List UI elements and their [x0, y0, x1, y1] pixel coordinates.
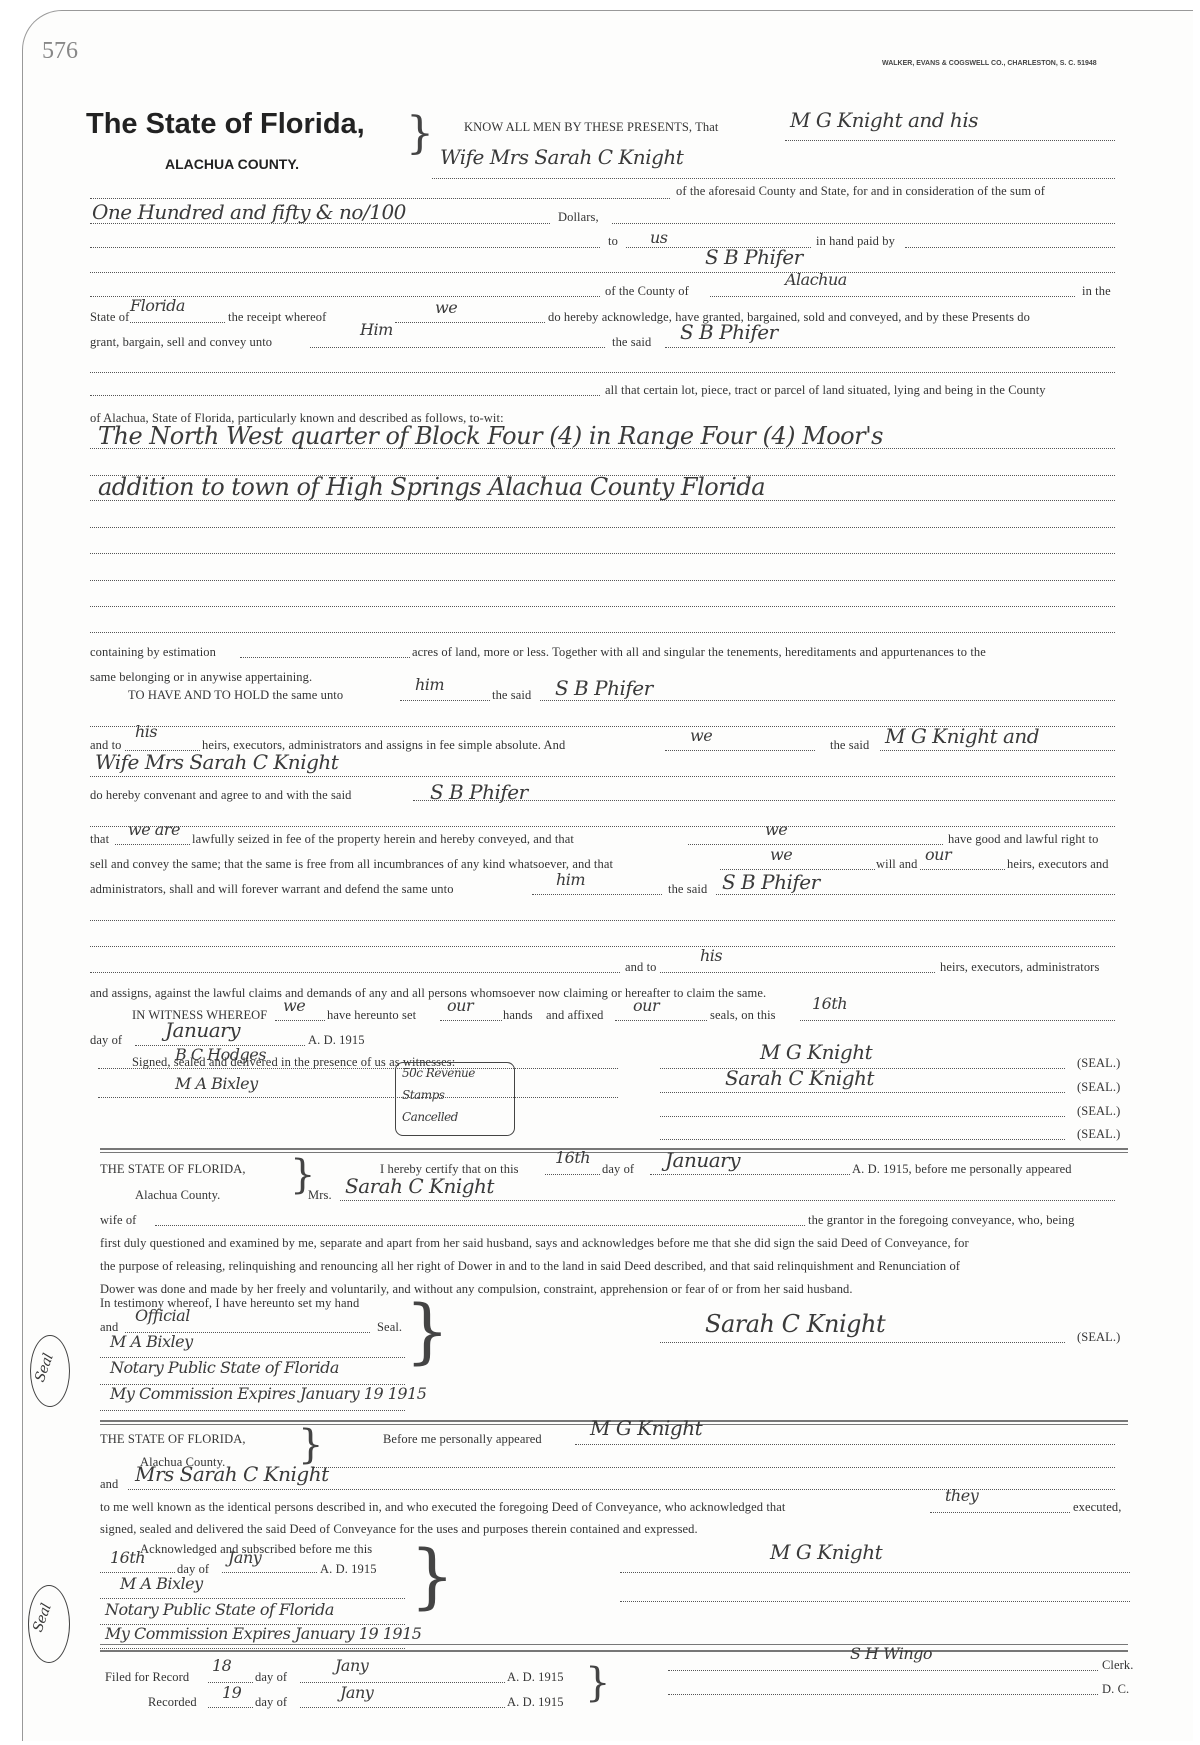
day-of-label: day of	[90, 1033, 122, 1048]
administrators-text: administrators, shall and will forever w…	[90, 882, 454, 897]
know-all-text: KNOW ALL MEN BY THESE PRESENTS, That	[464, 120, 718, 135]
filed-label: Filed for Record	[105, 1670, 189, 1685]
brace-icon: }	[406, 108, 434, 159]
covenant-value: S B Phifer	[430, 780, 528, 804]
ack1-day-of: day of	[602, 1162, 634, 1177]
clerk-signature: S H Wingo	[850, 1644, 932, 1663]
to-have-text: TO HAVE AND TO HOLD the same unto	[128, 688, 343, 703]
heirs-admin-text: heirs, executors, administrators	[940, 960, 1099, 975]
brace-icon: }	[410, 1535, 455, 1617]
ack2-well-known: to me well known as the identical person…	[100, 1500, 786, 1515]
stamp-line-3: Cancelled	[402, 1110, 458, 1124]
ack1-commission: My Commission Expires January 19 1915	[110, 1384, 426, 1403]
in-the-text: in the	[1082, 284, 1111, 299]
grantors-line2: Wife Mrs Sarah C Knight	[95, 750, 338, 774]
admin-grantee: S B Phifer	[722, 870, 820, 894]
ack1-para2: the purpose of releasing, relinquishing …	[100, 1259, 960, 1274]
to-value: us	[650, 228, 668, 247]
ad-year: A. D. 1915	[308, 1033, 365, 1048]
heirs-exec-text: heirs, executors and	[1007, 857, 1109, 872]
filed-ad: A. D. 1915	[507, 1670, 564, 1685]
ack2-before-me: Before me personally appeared	[383, 1432, 542, 1447]
will-value: our	[925, 845, 951, 864]
grant-unto-value: Him	[360, 320, 393, 339]
admin-value: him	[556, 870, 585, 889]
seized-value: we	[765, 820, 787, 839]
seal-label-1: (SEAL.)	[1077, 1056, 1120, 1071]
seized-text: lawfully seized in fee of the property h…	[192, 832, 574, 847]
county-heading: ALACHUA COUNTY.	[165, 156, 299, 172]
ack2-state: THE STATE OF FLORIDA,	[100, 1432, 246, 1447]
ack1-notary-title: Notary Public State of Florida	[110, 1358, 339, 1377]
seals-value: our	[633, 996, 659, 1015]
seals-on-text: seals, on this	[710, 1008, 776, 1023]
covenant-text: do hereby convenant and agree to and wit…	[90, 788, 352, 803]
ack1-seal-label: (SEAL.)	[1077, 1330, 1120, 1345]
that-label: that	[90, 832, 109, 847]
signature-2: Sarah C Knight	[725, 1066, 874, 1090]
ack1-seal-word: Seal.	[377, 1320, 402, 1335]
ack1-month-value: January	[665, 1148, 740, 1172]
assigns-text: and assigns, against the lawful claims a…	[90, 986, 766, 1001]
ack2-notary-title: Notary Public State of Florida	[105, 1600, 334, 1619]
ack1-state: THE STATE OF FLORIDA,	[100, 1162, 246, 1177]
that-value: we are	[128, 820, 180, 839]
ack1-para1: first duly questioned and examined by me…	[100, 1236, 969, 1251]
ack2-appeared-value: M G Knight	[590, 1416, 702, 1440]
brace-icon: }	[405, 1290, 450, 1372]
hands-text: hands	[503, 1008, 533, 1023]
grantors-line1: M G Knight and	[885, 724, 1039, 748]
page-number: 576	[42, 38, 78, 65]
ack1-mrs-value: Sarah C Knight	[345, 1174, 494, 1198]
witness-value: we	[283, 996, 305, 1015]
to-have-said-label: the said	[492, 688, 531, 703]
seal-label-2: (SEAL.)	[1077, 1080, 1120, 1095]
filed-day: 18	[212, 1656, 231, 1675]
grantor-line1: M G Knight and his	[790, 108, 978, 132]
ack2-and-label: and	[100, 1477, 118, 1492]
recorded-day: 19	[222, 1683, 241, 1702]
ack1-mrs: Mrs.	[308, 1188, 332, 1203]
signature-1: M G Knight	[760, 1040, 872, 1064]
and-value: we	[690, 726, 712, 745]
recorded-day-of: day of	[255, 1695, 287, 1710]
aforesaid-text: of the aforesaid County and State, for a…	[676, 184, 1045, 199]
description-line2: addition to town of High Springs Alachua…	[98, 473, 765, 501]
containing-text: containing by estimation	[90, 645, 216, 660]
month-value: January	[165, 1018, 240, 1042]
ack1-day-value: 16th	[555, 1148, 590, 1167]
county-value: Alachua	[785, 270, 847, 289]
seal-label-3: (SEAL.)	[1077, 1104, 1120, 1119]
sell-convey-text: sell and convey the same; that the same …	[90, 857, 613, 872]
stamp-line-1: 50c Revenue	[402, 1066, 475, 1080]
dc-label: D. C.	[1102, 1682, 1129, 1697]
ack1-county: Alachua County.	[135, 1188, 220, 1203]
acknowledge-text: do hereby acknowledge, have granted, bar…	[548, 310, 1030, 325]
sell-value: we	[770, 845, 792, 864]
ack2-day-value: 16th	[110, 1548, 145, 1567]
hands-value: our	[447, 996, 473, 1015]
and-to-label-2: and to	[625, 960, 657, 975]
document-title: The State of Florida,	[86, 108, 365, 141]
have-hereunto-text: have hereunto set	[327, 1008, 416, 1023]
and-to-value: his	[135, 722, 157, 741]
ack2-they-value: they	[945, 1486, 978, 1505]
same-belonging-text: same belonging or in anywise appertainin…	[90, 670, 312, 685]
ack2-notary-name: M A Bixley	[120, 1574, 203, 1593]
filed-month: Jany	[335, 1656, 368, 1675]
witness-1: B C Hodges	[175, 1045, 266, 1064]
amount-written: One Hundred and fifty & no/100	[92, 200, 406, 224]
grant-unto-text: grant, bargain, sell and convey unto	[90, 335, 272, 350]
state-label: State of	[90, 310, 129, 325]
ack1-notary-name: M A Bixley	[110, 1332, 193, 1351]
good-right-text: have good and lawful right to	[948, 832, 1098, 847]
ack1-official: Official	[135, 1306, 190, 1325]
day-value: 16th	[812, 994, 847, 1013]
clerk-label: Clerk.	[1102, 1658, 1134, 1673]
ack1-ad: A. D. 1915, before me personally appeare…	[852, 1162, 1072, 1177]
receipt-value: we	[435, 298, 457, 317]
grantee-name: S B Phifer	[680, 320, 778, 344]
filed-day-of: day of	[255, 1670, 287, 1685]
will-and-text: will and	[876, 857, 917, 872]
printer-imprint: WALKER, EVANS & COGSWELL CO., CHARLESTON…	[882, 60, 1097, 67]
ack2-and-value: Mrs Sarah C Knight	[135, 1462, 329, 1486]
recorded-month: Jany	[340, 1683, 373, 1702]
in-hand-paid: in hand paid by	[816, 234, 895, 249]
payer-name: S B Phifer	[705, 245, 803, 269]
description-line1: The North West quarter of Block Four (4)…	[98, 422, 883, 450]
recorded-label: Recorded	[148, 1695, 197, 1710]
to-have-value: him	[415, 675, 444, 694]
the-said-label: the said	[612, 335, 651, 350]
admin-said-label: the said	[668, 882, 707, 897]
ack2-signature: M G Knight	[770, 1540, 882, 1564]
all-that-text: all that certain lot, piece, tract or pa…	[605, 383, 1046, 398]
seal-label-4: (SEAL.)	[1077, 1127, 1120, 1142]
grantor-line2: Wife Mrs Sarah C Knight	[440, 145, 683, 169]
the-said-label-2: the said	[830, 738, 869, 753]
ack2-executed: executed,	[1073, 1500, 1121, 1515]
ack1-para3: Dower was done and made by her freely an…	[100, 1282, 853, 1297]
brace-icon: }	[585, 1660, 610, 1706]
state-value: Florida	[130, 296, 185, 315]
to-label: to	[608, 234, 618, 249]
witness-2: M A Bixley	[175, 1074, 258, 1093]
affixed-text: and affixed	[546, 1008, 603, 1023]
recorded-ad: A. D. 1915	[507, 1695, 564, 1710]
ack1-grantor: the grantor in the foregoing conveyance,…	[808, 1213, 1074, 1228]
ack2-month-value: Jany	[228, 1548, 261, 1567]
ack1-signature: Sarah C Knight	[705, 1310, 885, 1338]
ack1-wife-of: wife of	[100, 1213, 136, 1228]
ack2-commission: My Commission Expires January 19 1915	[105, 1624, 421, 1643]
dollars-label: Dollars,	[558, 210, 599, 225]
ack2-signed-line: signed, sealed and delivered the said De…	[100, 1522, 698, 1537]
ack2-ad: A. D. 1915	[320, 1562, 377, 1577]
stamp-line-2: Stamps	[402, 1088, 444, 1102]
receipt-text: the receipt whereof	[228, 310, 326, 325]
of-county-label: of the County of	[605, 284, 689, 299]
and-to-value-2: his	[700, 946, 722, 965]
to-have-grantee: S B Phifer	[555, 676, 653, 700]
acres-text: acres of land, more or less. Together wi…	[412, 645, 986, 660]
